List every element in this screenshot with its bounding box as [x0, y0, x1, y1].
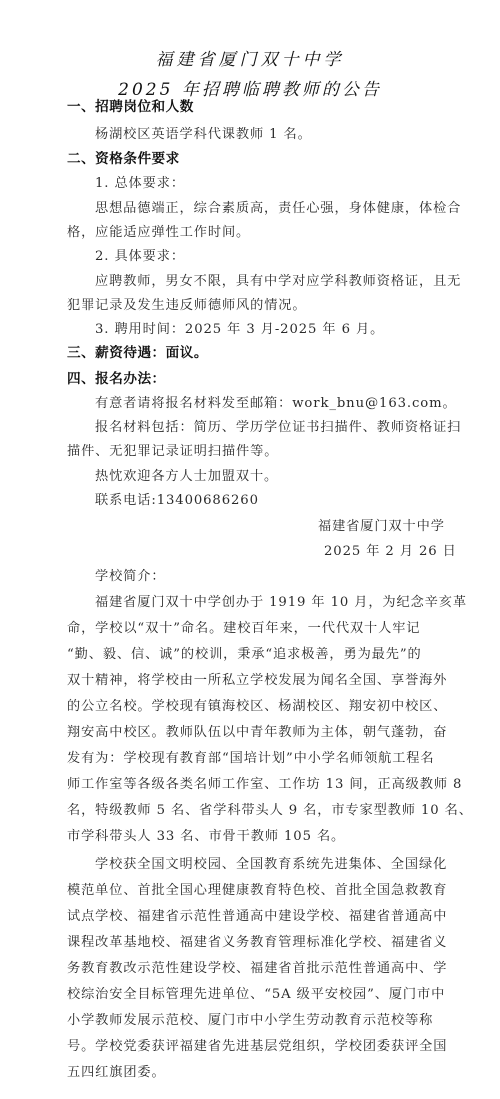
intro-paragraph-line: 师工作室等各级各类名师工作室、工作坊 13 间，正高级教师 8: [67, 776, 462, 794]
honors-paragraph-line: 务教育教改示范性建设学校、福建省首批示范性普通高中、学: [67, 960, 447, 978]
honors-paragraph-line: 五四红旗团委。: [67, 1064, 166, 1082]
intro-label: 学校简介：: [95, 568, 165, 586]
honors-paragraph-line: 学校获全国文明校园、全国教育系统先进集体、全国绿化: [95, 856, 447, 874]
contact-phone: 联系电话:13400686260: [95, 492, 259, 510]
intro-paragraph-line: “勤、毅、信、诚”的校训，秉承“追求极善，勇为最先”的: [67, 646, 422, 664]
honors-paragraph-line: 试点学校、福建省示范性普通高中建设学校、福建省普通高中: [67, 908, 447, 926]
intro-paragraph-line: 翔安高中校区。教师队伍以中青年教师为主体，朝气蓬勃，奋: [67, 724, 447, 742]
application-materials-text: 描件、无犯罪记录证明扫描件等。: [67, 443, 278, 461]
requirement-specific-label: 2. 具体要求：: [95, 248, 185, 266]
requirement-general-text: 格，应能适应弹性工作时间。: [67, 224, 250, 242]
intro-paragraph-line: 市学科带头人 33 名、市骨干教师 105 名。: [67, 828, 345, 846]
requirement-general-text: 思想品德端正，综合素质高，责任心强，身体健康，体检合: [95, 200, 461, 218]
intro-paragraph-line: 双十精神，将学校由一所私立学校发展为闻名全国、享誉海外: [67, 672, 447, 690]
requirement-specific-text: 应聘教师，男女不限，具有中学对应学科教师资格证，且无: [95, 273, 461, 291]
intro-paragraph-line: 发有为：学校现有教育部“国培计划”中小学名师领航工程名: [67, 750, 434, 768]
positions-text: 杨湖校区英语学科代课教师 1 名。: [95, 126, 312, 144]
section-heading-requirements: 二、资格条件要求: [67, 150, 180, 168]
intro-paragraph-line: 命，学校以“双十”命名。建校百年来，一代代双十人牢记: [67, 620, 420, 638]
signature-org: 福建省厦门双十中学: [318, 518, 445, 536]
signature-date: 2025 年 2 月 26 日: [324, 543, 457, 561]
honors-paragraph-line: 模范单位、首批全国心理健康教育特色校、首批全国急救教育: [67, 882, 447, 900]
honors-paragraph-line: 小学教师发展示范校、厦门市中小学生劳动教育示范校等称: [67, 1012, 433, 1030]
requirement-specific-text: 犯罪记录及发生违反师德师风的情况。: [67, 297, 307, 315]
intro-paragraph-line: 的公立名校。学校现有镇海校区、杨湖校区、翔安初中校区、: [67, 698, 447, 716]
intro-paragraph-line: 福建省厦门双十中学创办于 1919 年 10 月，为纪念辛亥革: [95, 594, 467, 612]
honors-paragraph-line: 课程改革基地校、福建省义务教育管理标准化学校、福建省义: [67, 934, 447, 952]
requirement-general-label: 1. 总体要求：: [95, 175, 185, 193]
application-email-text: 有意者请将报名材料发至邮箱：work_bnu@163.com。: [95, 395, 457, 413]
employment-period: 3. 聘用时间：2025 年 3 月-2025 年 6 月。: [95, 321, 384, 339]
section-heading-salary: 三、薪资待遇：面议。: [67, 344, 208, 362]
document-title-announcement: 2025 年招聘临聘教师的公告: [0, 75, 500, 100]
section-heading-positions: 一、招聘岗位和人数: [67, 98, 194, 116]
intro-paragraph-line: 名，特级教师 5 名、省学科带头人 9 名，市专家型教师 10 名、: [67, 802, 473, 820]
application-materials-text: 报名材料包括：简历、学历学位证书扫描件、教师资格证扫: [95, 419, 461, 437]
welcome-text: 热忱欢迎各方人士加盟双十。: [95, 468, 278, 486]
honors-paragraph-line: 校综治安全目标管理先进单位、“5A 级平安校园”、厦门市中: [67, 986, 445, 1004]
document-title-school: 福建省厦门双十中学: [0, 45, 500, 70]
section-heading-application: 四、报名办法：: [67, 370, 166, 388]
honors-paragraph-line: 号。学校党委获评福建省先进基层党组织，学校团委获评全国: [67, 1038, 447, 1056]
